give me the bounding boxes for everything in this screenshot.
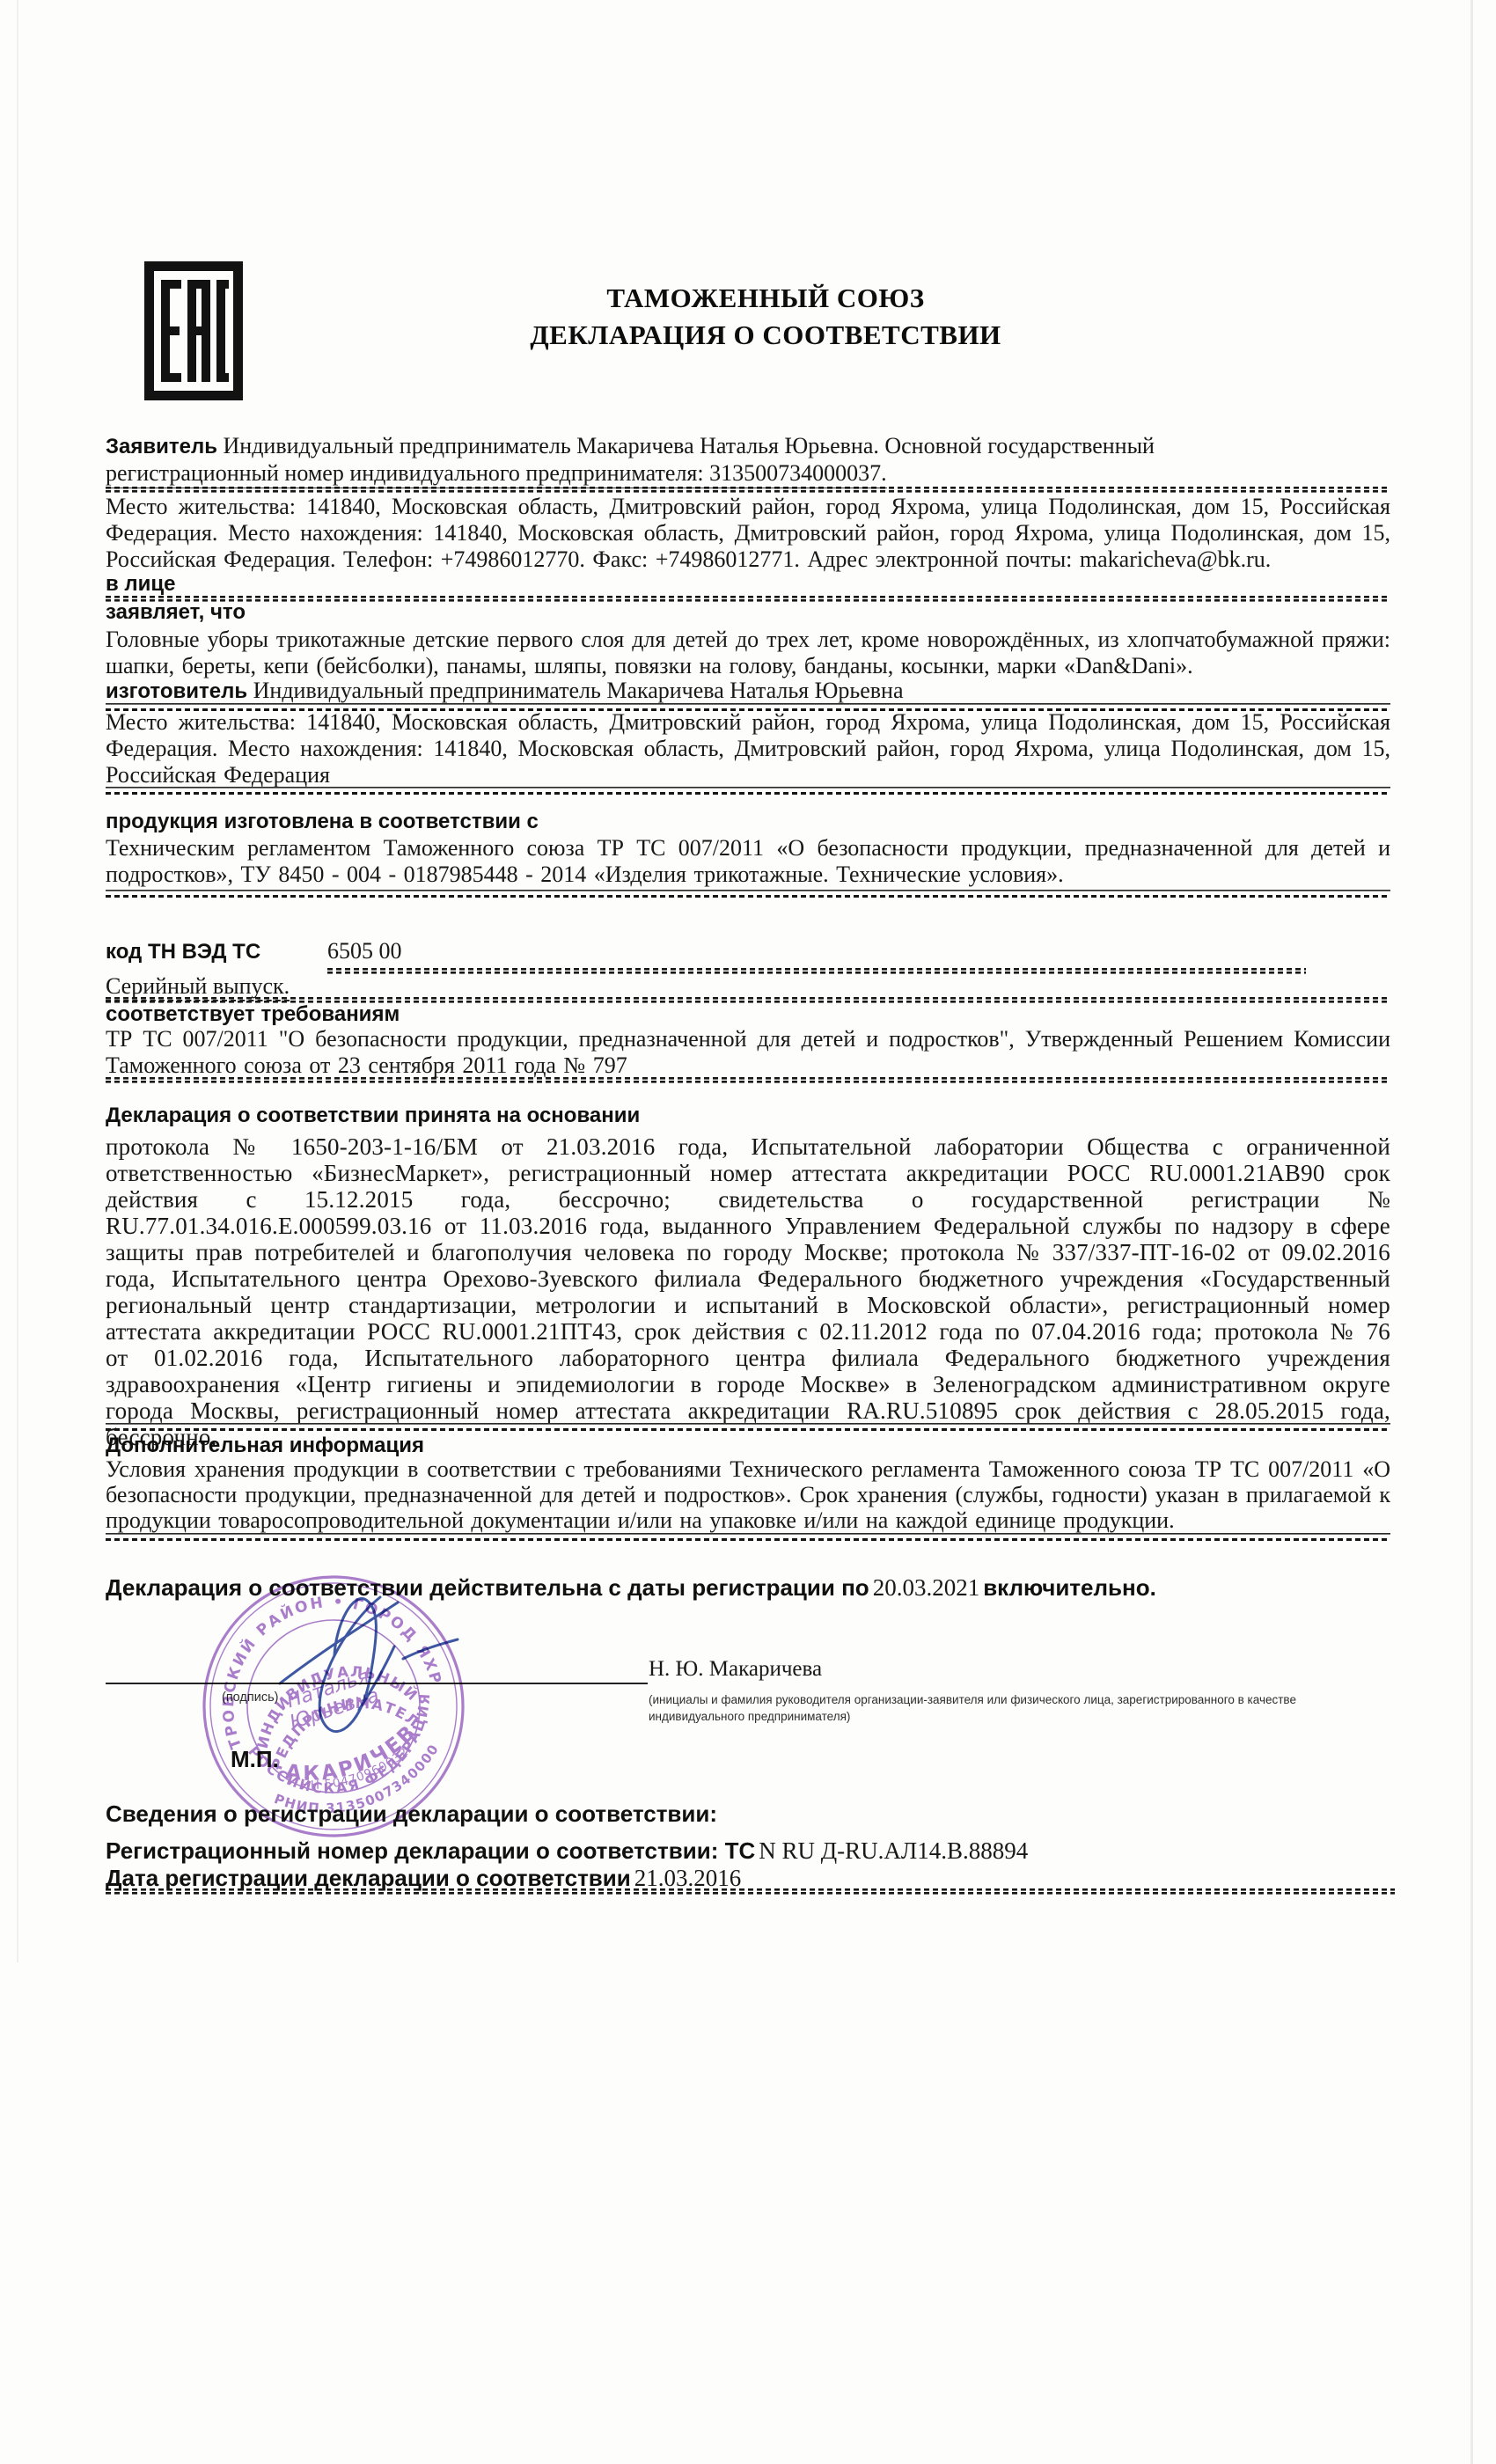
additional-text: Условия хранения продукции в соответстви… — [106, 1456, 1390, 1533]
applicant-line2: регистрационный номер индивидуального пр… — [106, 460, 1390, 487]
declares-label: заявляет, что — [106, 600, 246, 625]
serial-release: Серийный выпуск. — [106, 973, 290, 1000]
applicant-line2-text: регистрационный номер индивидуального пр… — [106, 460, 887, 488]
registration-date-label: Дата регистрации декларации о соответств… — [106, 1865, 631, 1891]
tnved-code-value: 6505 00 — [327, 938, 402, 964]
declaration-document: ТАМОЖЕННЫЙ СОЮЗ ДЕКЛАРАЦИЯ О СООТВЕТСТВИ… — [0, 0, 1496, 2464]
scan-edge-right — [1470, 0, 1473, 2464]
applicant-line1: Заявитель Индивидуальный предприниматель… — [106, 433, 1390, 460]
applicant-label: Заявитель — [106, 435, 217, 458]
document-title: ТАМОЖЕННЫЙ СОЮЗ ДЕКЛАРАЦИЯ О СООТВЕТСТВИ… — [299, 280, 1232, 354]
scan-edge-left — [17, 0, 18, 1962]
handwritten-signature — [255, 1578, 466, 1754]
signatory-note: (инициалы и фамилия руководителя организ… — [649, 1691, 1353, 1725]
validity-date: 20.03.2021 — [873, 1574, 980, 1601]
rule — [106, 1888, 1395, 1895]
registration-number-line: Регистрационный номер декларации о соотв… — [106, 1837, 1028, 1865]
eac-logo — [144, 261, 243, 400]
manufacturer-line: изготовитель Индивидуальный предпринимат… — [106, 678, 1390, 705]
rule — [106, 487, 1390, 493]
registration-section-label: Сведения о регистрации декларации о соот… — [106, 1800, 717, 1828]
tnved-code-label: код ТН ВЭД ТС — [106, 940, 260, 964]
basis-label: Декларация о соответствии принята на осн… — [106, 1104, 640, 1128]
requirements-label: соответствует требованиям — [106, 1002, 400, 1027]
rule — [106, 890, 1390, 898]
manufacturer-address: Место жительства: 141840, Московская обл… — [106, 709, 1390, 788]
rule — [106, 1423, 1390, 1431]
signatory-name: Н. Ю. Макаричева — [649, 1656, 822, 1683]
title-line1: ТАМОЖЕННЫЙ СОЮЗ — [299, 280, 1232, 317]
product-description: Головные уборы трикотажные детские перво… — [106, 627, 1390, 679]
validity-label-after: включительно. — [983, 1574, 1156, 1601]
accordance-text: Техническим регламентом Таможенного союз… — [106, 835, 1390, 888]
registration-date-value: 21.03.2016 — [634, 1865, 742, 1891]
rule — [106, 1533, 1390, 1541]
manufacturer-name: Индивидуальный предприниматель Макаричев… — [253, 678, 904, 703]
requirements-text: ТР ТС 007/2011 "О безопасности продукции… — [106, 1026, 1390, 1079]
additional-label: Дополнительная информация — [106, 1434, 424, 1458]
rule — [327, 968, 1306, 974]
rule — [106, 787, 1390, 795]
rule — [106, 1077, 1390, 1083]
applicant-line1-text: Индивидуальный предприниматель Макаричев… — [224, 433, 1155, 458]
registration-number-value: N RU Д-RU.АЛ14.В.88894 — [759, 1837, 1028, 1864]
manufacturer-label: изготовитель — [106, 679, 247, 703]
rule — [106, 596, 1390, 602]
basis-text: протокола № 1650-203-1-16/БМ от 21.03.20… — [106, 1133, 1390, 1450]
registration-number-label: Регистрационный номер декларации о соотв… — [106, 1837, 755, 1864]
applicant-address: Место жительства: 141840, Московская обл… — [106, 494, 1390, 573]
title-line2: ДЕКЛАРАЦИЯ О СООТВЕТСТВИИ — [299, 317, 1232, 354]
in-person-label: в лице — [106, 572, 176, 597]
accordance-label: продукция изготовлена в соответствии с — [106, 810, 539, 834]
